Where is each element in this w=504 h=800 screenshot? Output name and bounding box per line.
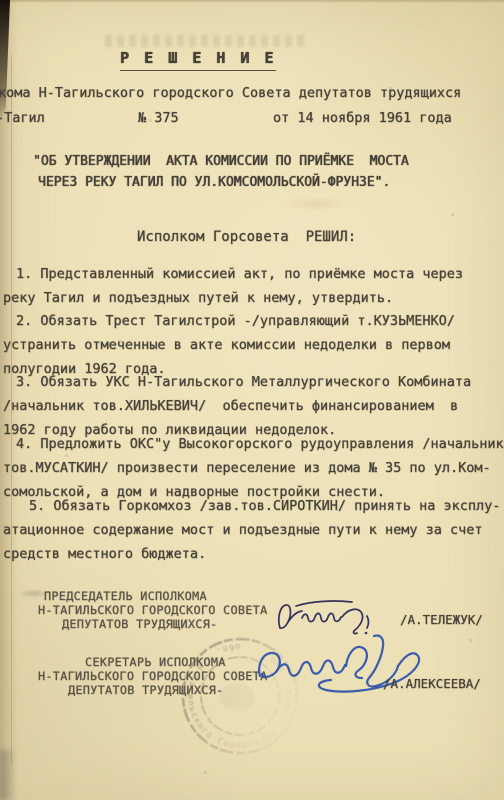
paper-speckles [0, 0, 1, 1]
decision-date: от 14 ноября 1961 года [273, 110, 452, 126]
resolution-item-5: 5. Обязать Горкомхоз /зав.тов.СИРОТКИН/ … [3, 494, 503, 566]
item-line: 1. Представленный комиссией акт, по приё… [3, 262, 503, 286]
city-label: -Тагил [0, 110, 45, 126]
item-line: 2. Обязать Трест Тагилстрой -/управляющи… [3, 309, 503, 333]
secretary-handwritten-signature [256, 626, 461, 704]
scanned-decision-document: Р Е Ш Е Н И Е кома Н-Тагильского городск… [0, 0, 504, 800]
resolved-heading: Исполком Горсовета РЕШИЛ: [137, 229, 356, 246]
ink-bleed-ghost [105, 35, 305, 47]
decision-number: № 375 [138, 110, 179, 126]
item-line: 5. Обязать Горкомхоз /зав.тов.СИРОТКИН/ … [3, 494, 503, 518]
issuing-body-line: кома Н-Тагильского городского Совета деп… [0, 85, 461, 101]
subject-line-2: ЧЕРЕЗ РЕКУ ТАГИЛ ПО УЛ.КОМСОМОЛЬСКОЙ-ФРУ… [38, 175, 390, 191]
item-line: /начальник тов.ХИЛЬКЕВИЧ/ обеспечить фин… [3, 394, 503, 418]
chairman-title-line-2: Н-ТАГИЛЬСКОГО ГОРОДСКОГО СОВЕТА [38, 603, 267, 617]
paper-stain [283, 196, 349, 211]
chairman-title-line-1: ПРЕДСЕДАТЕЛЬ ИСПОЛКОМА [44, 589, 207, 603]
item-line: 4. Предложить ОКС"у Высокогорского рудоу… [3, 432, 503, 456]
decision-title: Р Е Ш Е Н И Е [120, 49, 276, 71]
secretary-typed-name: /А.АЛЕКСЕЕВА/ [383, 676, 481, 691]
chairman-typed-name: /А.ТЕЛЕЖУК/ [400, 612, 483, 627]
item-line: средств местного бюджета. [3, 542, 503, 566]
paper-top-edge [0, 0, 504, 3]
resolution-item-1: 1. Представленный комиссией акт, по приё… [3, 262, 503, 310]
subject-line-1: "ОБ УТВЕРЖДЕНИИ АКТА КОМИССИИ ПО ПРИЁМКЕ… [33, 154, 409, 170]
item-line: реку Тагил и подъездных путей к нему, ут… [3, 286, 503, 310]
item-line: атационное содержание мост и подъездные … [3, 518, 503, 542]
item-line: устранить отмеченные в акте комиссии нед… [3, 333, 503, 357]
item-line: тов.МУСАТКИН/ произвести переселение из … [3, 456, 503, 480]
bottom-left-smudge [0, 750, 16, 800]
item-line: 3. Обязать УКС Н-Тагильского Металлургич… [3, 370, 503, 394]
